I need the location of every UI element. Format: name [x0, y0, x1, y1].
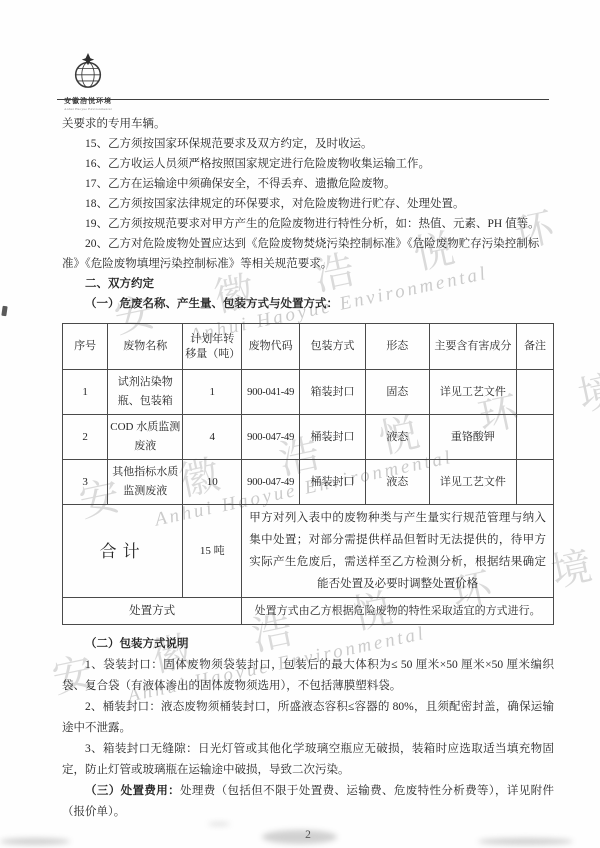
packing-section-title: （二）包装方式说明: [62, 634, 554, 655]
logo-text: 安徽浩悦环境: [56, 96, 120, 106]
cell-waste-name: 试剂沾染物瓶、包装箱: [108, 370, 183, 415]
cell-components: 详见工艺文件: [429, 370, 516, 415]
col-annual-amount: 计划年转移量（吨）: [183, 324, 242, 370]
clause-19: 19、乙方须按规范要求对甲方产生的危险废物进行特性分析，如：热值、元素、PH 值…: [62, 214, 554, 234]
table-row: 1 试剂沾染物瓶、包装箱 1 900-041-49 箱装封口 固态 详见工艺文件: [63, 370, 554, 415]
table-disposal-row: 处置方式 处置方式由乙方根据危险废物的特性采取适宜的方式进行。: [63, 598, 554, 625]
cell-note: [517, 415, 554, 460]
subsection-1-title: （一）危废名称、产生量、包装方式与处置方式：: [62, 294, 554, 314]
scan-artifact-smudge: [262, 830, 337, 844]
col-components: 主要含有害成分: [429, 324, 516, 370]
cell-packing: 箱装封口: [300, 370, 366, 415]
scan-artifact-smudge: [478, 838, 573, 845]
cell-state: 液态: [365, 460, 429, 505]
cell-code: 900-047-49: [242, 415, 300, 460]
cell-packing: 桶装封口: [300, 460, 366, 505]
company-logo: 安徽浩悦环境 Anhui Haoyue Environmental: [56, 52, 120, 111]
cell-note: [517, 370, 554, 415]
col-waste-code: 废物代码: [242, 324, 300, 370]
col-state: 形态: [365, 324, 429, 370]
waste-table: 序号 废物名称 计划年转移量（吨） 废物代码 包装方式 形态 主要含有害成分 备…: [62, 323, 554, 625]
packing-item-1: 1、袋装封口：固体废物须袋装封口，包装后的最大体积为≤ 50 厘米×50 厘米×…: [62, 655, 554, 697]
table-total-row: 合计 15 吨 甲方对列入表中的废物种类与产生量实行规范管理与纳入集中处置；对部…: [63, 505, 554, 598]
total-amount: 15 吨: [183, 505, 242, 598]
section-title: 二、双方约定: [62, 274, 554, 294]
cell-amount: 10: [183, 460, 242, 505]
cell-note: [517, 460, 554, 505]
scan-artifact-smudge: [0, 838, 70, 845]
table-header-row: 序号 废物名称 计划年转移量（吨） 废物代码 包装方式 形态 主要含有害成分 备…: [63, 324, 554, 370]
total-label: 合计: [63, 505, 183, 598]
col-waste-name: 废物名称: [108, 324, 183, 370]
col-serial: 序号: [63, 324, 108, 370]
cell-waste-name: 其他指标水质监测废液: [108, 460, 183, 505]
packing-item-3: 3、箱装封口无缝隙：日光灯管或其他化学玻璃空瓶应无破损，装箱时应选取适当填充物固…: [62, 739, 554, 781]
globe-compass-logo-icon: [69, 52, 107, 90]
document-page: 安 徽 浩 悦 环 境 Anhui Haoyue Environmental 安…: [0, 0, 600, 848]
clause-17: 17、乙方在运输途中须确保安全，不得丢弃、遗撒危险废物。: [62, 174, 554, 194]
clause-15: 15、乙方须按国家环保规范要求及双方约定，及时收运。: [62, 134, 554, 154]
continuation-line: 关要求的专用车辆。: [62, 114, 554, 134]
cell-components: 重铬酸钾: [429, 415, 516, 460]
cell-code: 900-041-49: [242, 370, 300, 415]
cell-code: 900-047-49: [242, 460, 300, 505]
table-row: 3 其他指标水质监测废液 10 900-047-49 桶装封口 液态 详见工艺文…: [63, 460, 554, 505]
disposal-label: 处置方式: [63, 598, 242, 625]
logo-subtext: Anhui Haoyue Environmental: [61, 106, 115, 110]
scan-artifact-smudge: [208, 822, 230, 826]
cell-waste-name: COD 水质监测废液: [108, 415, 183, 460]
document-body: 关要求的专用车辆。 15、乙方须按国家环保规范要求及双方约定，及时收运。 16、…: [62, 114, 554, 841]
disposal-text: 处置方式由乙方根据危险废物的特性采取适宜的方式进行。: [242, 598, 554, 625]
cell-packing: 桶装封口: [300, 415, 366, 460]
cell-serial: 1: [63, 370, 108, 415]
total-note: 甲方对列入表中的废物种类与产生量实行规范管理与纳入集中处置；对部分需提供样品但暂…: [242, 505, 554, 598]
fee-section: （三）处置费用：处理费（包括但不限于处置费、运输费、危废特性分析费等），详见附件…: [62, 781, 554, 823]
cell-state: 固态: [365, 370, 429, 415]
clause-16: 16、乙方收运人员须严格按照国家规定进行危险废物收集运输工作。: [62, 154, 554, 174]
header-divider: [57, 99, 549, 100]
cell-serial: 3: [63, 460, 108, 505]
cell-components: 详见工艺文件: [429, 460, 516, 505]
cell-amount: 4: [183, 415, 242, 460]
clause-20: 20、乙方对危险废物处置应达到《危险废物焚烧污染控制标准》《危险废物贮存污染控制…: [62, 234, 554, 274]
clause-18: 18、乙方须按国家法律规定的环保要求，对危险废物进行贮存、处理处置。: [62, 194, 554, 214]
cell-state: 液态: [365, 415, 429, 460]
col-note: 备注: [517, 324, 554, 370]
fee-label: （三）处置费用：: [85, 785, 180, 797]
packing-item-2: 2、桶装封口：液态废物须桶装封口，所盛液态容积≤容器的 80%，且须配密封盖，确…: [62, 697, 554, 739]
col-packing: 包装方式: [300, 324, 366, 370]
packing-section: （二）包装方式说明 1、袋装封口：固体废物须袋装封口，包装后的最大体积为≤ 50…: [62, 634, 554, 823]
cell-amount: 1: [183, 370, 242, 415]
scan-artifact-mark: [1, 306, 7, 317]
table-row: 2 COD 水质监测废液 4 900-047-49 桶装封口 液态 重铬酸钾: [63, 415, 554, 460]
cell-serial: 2: [63, 415, 108, 460]
